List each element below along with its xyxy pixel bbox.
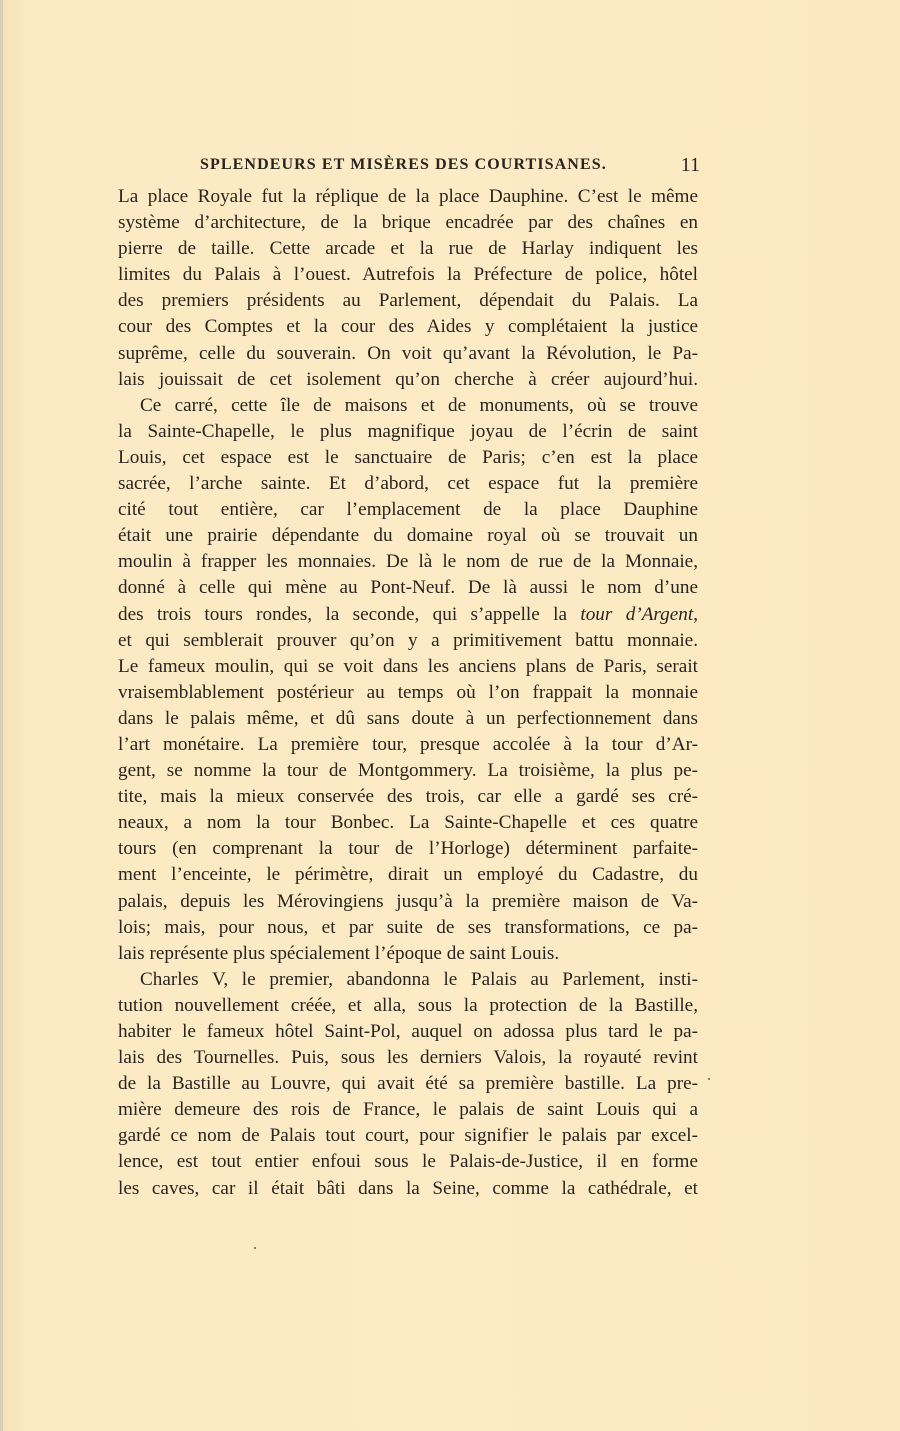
text-line: tution nouvellement créée, et alla, sous… [118, 993, 698, 1019]
body-text: La place Royale fut la réplique de la pl… [118, 184, 698, 1202]
text-line: des trois tours rondes, la seconde, qui … [118, 602, 698, 628]
text-line: La place Royale fut la réplique de la pl… [118, 184, 698, 210]
text-line: sacrée, l’arche sainte. Et d’abord, cet … [118, 471, 698, 497]
page-edge [0, 0, 3, 1431]
paper-speck [708, 1078, 710, 1080]
text-line: Charles V, le premier, abandonna le Pala… [118, 967, 698, 993]
text-line: palais, depuis les Mérovingiens jusqu’à … [118, 889, 698, 915]
paragraph: La place Royale fut la réplique de la pl… [118, 184, 698, 393]
text-line: système d’architecture, de la brique enc… [118, 210, 698, 236]
text-line: l’art monétaire. La première tour, presq… [118, 732, 698, 758]
text-line: de la Bastille au Louvre, qui avait été … [118, 1071, 698, 1097]
text-line: les caves, car il était bâti dans la Sei… [118, 1176, 698, 1202]
text-line: la Sainte-Chapelle, le plus magnifique j… [118, 419, 698, 445]
text-line: lence, est tout entier enfoui sous le Pa… [118, 1149, 698, 1175]
text-line: gent, se nomme la tour de Montgommery. L… [118, 758, 698, 784]
text-line: vraisemblablement postérieur au temps où… [118, 680, 698, 706]
text-line: et qui semblerait prouver qu’on y a prim… [118, 628, 698, 654]
page-number: 11 [681, 154, 700, 177]
italic-phrase: tour d’Argent [580, 604, 693, 625]
text-line: tours (en comprenant la tour de l’Horlog… [118, 836, 698, 862]
text-line: était une prairie dépendante du domaine … [118, 523, 698, 549]
text-line: moulin à frapper les monnaies. De là le … [118, 549, 698, 575]
text-segment: des trois tours rondes, la seconde, qui … [118, 604, 580, 625]
running-title: SPLENDEURS ET MISÈRES DES COURTISANES. [200, 156, 607, 174]
text-line: neaux, a nom la tour Bonbec. La Sainte-C… [118, 810, 698, 836]
text-line: dans le palais même, et dû sans doute à … [118, 706, 698, 732]
text-line: des premiers présidents au Parlement, dé… [118, 288, 698, 314]
text-line: lais représente plus spécialement l’époq… [118, 941, 698, 967]
text-line: lois; mais, pour nous, et par suite de s… [118, 915, 698, 941]
paragraph: Ce carré, cette île de maisons et de mon… [118, 393, 698, 967]
text-line: Le fameux moulin, qui se voit dans les a… [118, 654, 698, 680]
text-line: suprême, celle du souverain. On voit qu’… [118, 341, 698, 367]
text-line: Ce carré, cette île de maisons et de mon… [118, 393, 698, 419]
book-page: SPLENDEURS ET MISÈRES DES COURTISANES. 1… [0, 0, 900, 1431]
text-line: donné à celle qui mène au Pont-Neuf. De … [118, 575, 698, 601]
text-line: gardé ce nom de Palais tout court, pour … [118, 1123, 698, 1149]
text-line: tite, mais la mieux conservée des trois,… [118, 784, 698, 810]
text-line: limites du Palais à l’ouest. Autrefois l… [118, 262, 698, 288]
text-line: mière demeure des rois de France, le pal… [118, 1097, 698, 1123]
text-line: Louis, cet espace est le sanctuaire de P… [118, 445, 698, 471]
text-line: lais des Tournelles. Puis, sous les dern… [118, 1045, 698, 1071]
text-line: pierre de taille. Cette arcade et la rue… [118, 236, 698, 262]
text-line: habiter le fameux hôtel Saint-Pol, auque… [118, 1019, 698, 1045]
paper-speck [254, 1247, 256, 1249]
text-line: cité tout entière, car l’emplacement de … [118, 497, 698, 523]
text-line: ment l’enceinte, le périmètre, dirait un… [118, 862, 698, 888]
text-segment: , [693, 604, 698, 625]
text-line: lais jouissait de cet isolement qu’on ch… [118, 367, 698, 393]
paragraph: Charles V, le premier, abandonna le Pala… [118, 967, 698, 1202]
running-head: SPLENDEURS ET MISÈRES DES COURTISANES. 1… [200, 156, 700, 182]
text-line: cour des Comptes et la cour des Aides y … [118, 314, 698, 340]
